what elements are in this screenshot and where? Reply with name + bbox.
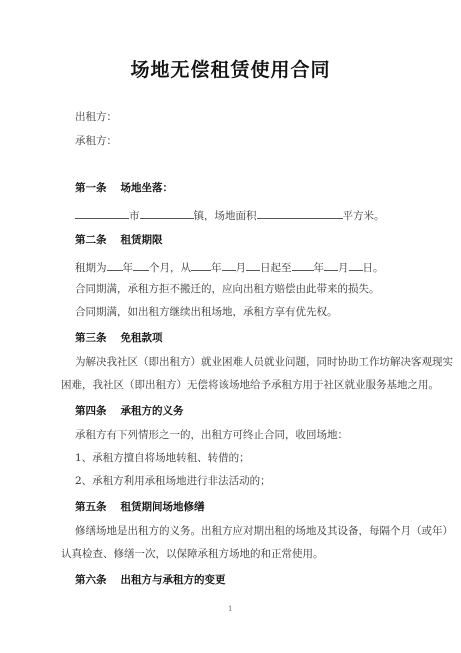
article-3-heading: 第三条免租款项 [75,331,163,345]
article-4-clause: 2、承租方利用承租场地进行非法活动的； [75,474,271,488]
article-title: 租赁期限 [121,234,163,246]
blank-field[interactable] [222,259,236,271]
text-segment: 日起至 [260,262,292,274]
text-segment: 租期为 [75,262,107,274]
article-number: 第五条 [75,500,107,514]
blank-field[interactable] [107,259,123,271]
blank-field[interactable] [324,259,338,271]
article-2-clause: 合同期满，如出租方继续出租场地，承租方享有优先权。 [75,305,338,319]
blank-field[interactable] [292,259,314,271]
text-segment: 平方米。 [343,210,385,222]
article-4-clause: 1、承租方擅自将场地转租、转借的； [75,451,250,465]
article-number: 第一条 [75,181,107,195]
article-title: 场地坐落： [121,182,174,194]
text-segment: 年 [123,262,134,274]
text-segment: 市 [129,210,140,222]
article-4-clause: 承租方有下列情形之一的，出租方可终止合同，收回场地： [75,428,348,442]
blank-field[interactable] [257,207,343,219]
article-number: 第三条 [75,331,107,345]
lessor-label: 出租方： [75,110,117,124]
article-5-paragraph-line: 认真检查、修缮一次，以保障承租方场地的和正常使用。 [61,547,324,561]
article-1-location-line: 市镇，场地面积平方米。 [75,207,385,223]
text-segment: 年 [314,262,325,274]
article-4-heading: 第四条承租方的义务 [75,404,184,418]
text-segment: 日。 [363,262,384,274]
article-2-clause: 合同期满，承租方拒不搬迁的，应向出租方赔偿由此带来的损失。 [75,282,380,296]
blank-field[interactable] [191,259,211,271]
lessee-label: 承租方： [75,134,117,148]
article-title: 承租方的义务 [121,405,184,417]
article-number: 第二条 [75,233,107,247]
article-1-heading: 第一条场地坐落： [75,181,173,195]
article-3-paragraph-line: 为解决我社区（即出租方）就业困难人员就业问题，同时协助工作坊解决客观现实 [75,355,453,369]
blank-field[interactable] [246,259,260,271]
document-title: 场地无偿租赁使用合同 [0,55,461,82]
article-6-heading: 第六条出租方与承租方的变更 [75,573,226,587]
text-segment: 月 [236,262,247,274]
article-2-term-line: 租期为年个月，从年月日起至年月日。 [75,259,384,275]
article-title: 出租方与承租方的变更 [121,574,226,586]
article-title: 免租款项 [121,332,163,344]
blank-field[interactable] [133,259,149,271]
article-number: 第四条 [75,404,107,418]
page-number: 1 [228,605,232,613]
article-5-heading: 第五条租赁期间场地修缮 [75,500,205,514]
text-segment: 年 [211,262,222,274]
blank-field[interactable] [75,207,129,219]
text-segment: 镇，场地面积 [194,210,257,222]
article-5-paragraph-line: 修缮场地是出租方的义务。出租方应对期出租的场地及其设备，每隔个月（或年） [75,524,453,538]
article-title: 租赁期间场地修缮 [121,501,205,513]
article-2-heading: 第二条租赁期限 [75,233,163,247]
article-number: 第六条 [75,573,107,587]
text-segment: 个月，从 [149,262,191,274]
text-segment: 月 [338,262,349,274]
article-3-paragraph-line: 困难，我社区（即出租方）无偿将该场地给予承租方用于社区就业服务基地之用。 [61,378,439,392]
blank-field[interactable] [349,259,363,271]
blank-field[interactable] [140,207,194,219]
document-page: 场地无偿租赁使用合同 出租方： 承租方： 第一条场地坐落： 市镇，场地面积平方米… [0,0,461,653]
